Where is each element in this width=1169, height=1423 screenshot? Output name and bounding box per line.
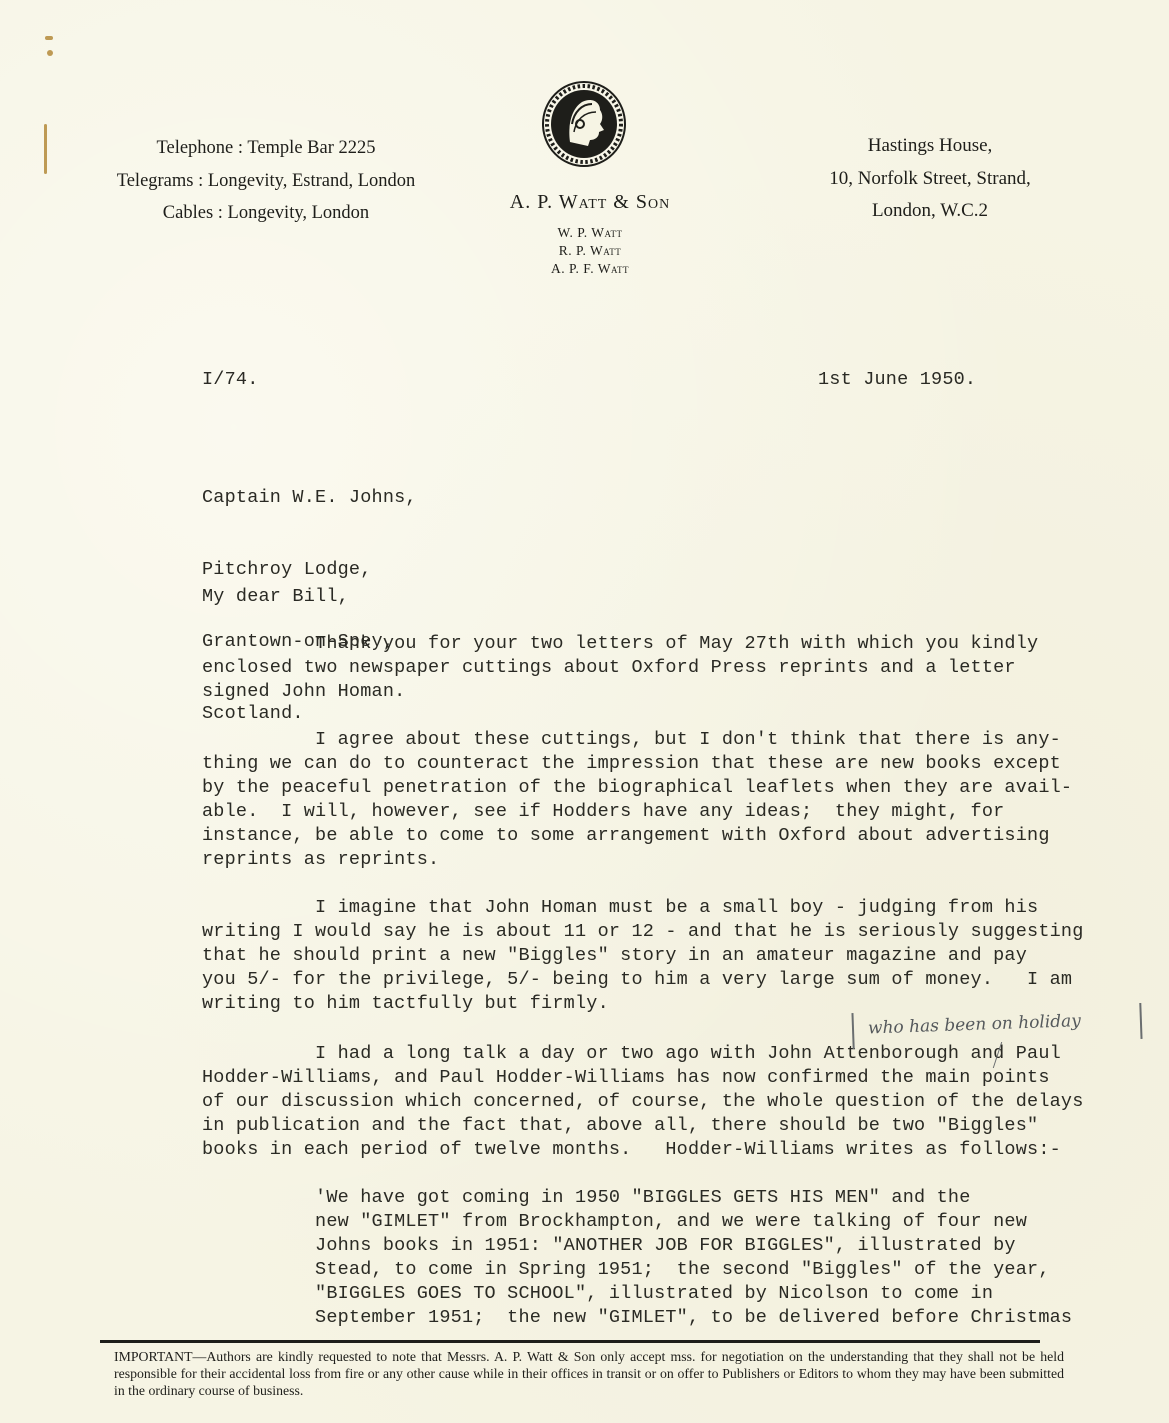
paragraph: I imagine that John Homan must be a smal… [202, 896, 1084, 1016]
recipient-line: Captain W.E. Johns, [202, 486, 417, 510]
address-line: Hastings House, [790, 130, 1070, 163]
paragraph: I agree about these cuttings, but I don'… [202, 728, 1072, 872]
footer-notice: IMPORTANT—Authors are kindly requested t… [114, 1348, 1064, 1399]
recipient-line: Scotland. [202, 702, 417, 726]
address-line: 10, Norfolk Street, Strand, [790, 163, 1070, 196]
quoted-paragraph: 'We have got coming in 1950 "BIGGLES GET… [202, 1186, 1072, 1330]
firm-name: A. P. Watt & Son [460, 191, 720, 214]
address-line: London, W.C.2 [790, 195, 1070, 228]
paragraph: I had a long talk a day or two ago with … [202, 1042, 1084, 1162]
telephone-line: Telephone : Temple Bar 2225 [80, 132, 452, 165]
salutation: My dear Bill, [202, 585, 349, 609]
recipient-line: Pitchroy Lodge, [202, 558, 417, 582]
telegrams-line: Telegrams : Longevity, Estrand, London [80, 165, 452, 198]
stain-mark [47, 50, 53, 56]
footer-divider [100, 1340, 1040, 1343]
stain-mark [44, 124, 47, 174]
partner-name: R. P. Watt [480, 242, 700, 260]
letter-date: 1st June 1950. [818, 368, 976, 392]
stain-mark [45, 36, 53, 40]
cables-line: Cables : Longevity, London [80, 197, 452, 230]
partner-name: W. P. Watt [480, 224, 700, 242]
letterhead-address: Hastings House, 10, Norfolk Street, Stra… [790, 130, 1070, 228]
firm-name-text: A. P. Watt & Son [510, 191, 670, 213]
partners-list: W. P. Watt R. P. Watt A. P. F. Watt [480, 224, 700, 278]
helmeted-head-cameo-icon [540, 80, 628, 168]
reference-number: I/74. [202, 368, 259, 392]
letterhead-contact: Telephone : Temple Bar 2225 Telegrams : … [80, 132, 452, 230]
partner-name: A. P. F. Watt [480, 260, 700, 278]
paragraph: Thank you for your two letters of May 27… [202, 632, 1038, 704]
